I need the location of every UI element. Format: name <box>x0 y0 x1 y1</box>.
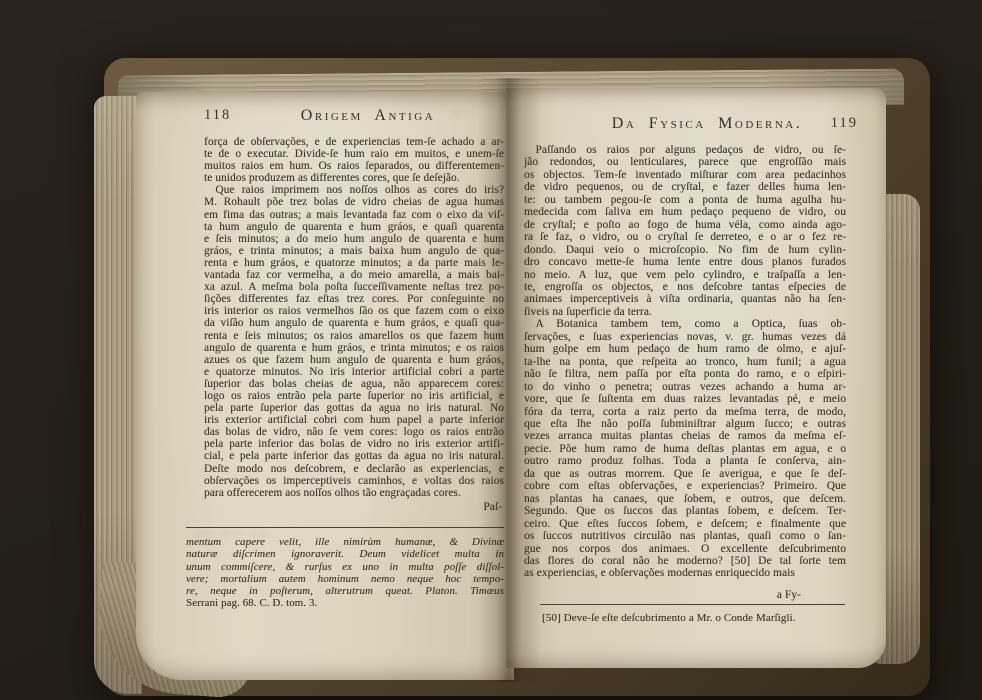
text-line: [50] Deve-ſe eſte deſcubrimento a Mr. o … <box>542 612 842 625</box>
text-line: animaes imperceptiveis à viſta ordinaria… <box>524 293 846 305</box>
text-line: logo os raios entrão pela parte ſuperior… <box>204 390 504 402</box>
text-line: iris interior os raios vermelhos ſão os … <box>204 305 504 317</box>
text-line: renta e ſeis minutos; os raios amarellos… <box>204 330 504 342</box>
text-line: ra ſe faz, o vidro, ou o cryſtal ſe derr… <box>524 231 846 243</box>
text-line: da que as outras morrem. Que ſe averigua… <box>524 468 846 480</box>
text-line: dondo. Daqui veio o microſcopio. No fim … <box>524 244 846 256</box>
text-line: renta e hum gráos, e quatorze minutos; a… <box>204 257 504 269</box>
text-line: ſuperior das bolas cheias de agua, não a… <box>204 378 504 390</box>
text-line: no meio. A luz, que vem pelo cylindro, e… <box>524 269 846 281</box>
left-footnote: mentum capere velit, ille nimirùm humanæ… <box>186 536 504 610</box>
left-page-header: 118 Origem Antiga <box>204 107 504 127</box>
text-line: ta-lhe na ponta, que reſpeita ao tronco,… <box>524 356 846 368</box>
text-line: azues os que fazem hum angulo de quarent… <box>204 354 504 366</box>
text-line: M. Rohault põe trez bolas de vidro cheia… <box>204 196 504 208</box>
text-line: cobre com eſtas obſervações, e experienc… <box>524 480 846 492</box>
text-line: os ſuccos nutritivos circulão nas planta… <box>524 530 846 542</box>
right-page-header: 119 Da Fysica Moderna. <box>524 115 846 135</box>
text-line: Segundo. Que os ſuccos das plantas ſobem… <box>524 505 846 517</box>
text-line: os objectos. Tem-ſe inventado miſturar c… <box>524 169 846 181</box>
right-running-title: Da Fysica Moderna. <box>546 115 868 133</box>
text-line: angulo de quarenta e hum gráos, e trinta… <box>204 342 504 354</box>
text-line: te de o executar. Divide-ſe hum raio em … <box>204 148 504 160</box>
text-line: te: ou tambem pegou-ſe com a ponta de hu… <box>524 194 846 206</box>
text-line: unum commiſcere, & rurſus ex uno in mult… <box>186 561 504 573</box>
text-line: fóra da terra, corta a raiz perto da meſ… <box>524 406 846 418</box>
text-line: Serrani pag. 68. C. D. tom. 3. <box>186 597 504 609</box>
text-line: to do vinho o penetra; outras vezes acha… <box>524 381 846 393</box>
text-line: para offerecerem aos noſſos olhos tão en… <box>204 487 504 499</box>
book-photo: 118 Origem Antiga força de obſervações, … <box>0 0 982 700</box>
text-line: força de obſervações, e de experiencias … <box>204 136 504 148</box>
text-line: que eſta lhe não poſſa ſubminiſtrar algu… <box>524 418 846 430</box>
text-line: de cryſtal; e poſto ao fogo de huma véla… <box>524 219 846 231</box>
text-line: gráos, e trinta minutos; a mais baixa hu… <box>204 245 504 257</box>
right-page: 119 Da Fysica Moderna. Paſſando os raios… <box>506 88 886 668</box>
text-line: nas plantas ha canaes, que ſobem, e outr… <box>524 493 846 505</box>
right-text-column: Paſſando os raios por alguns pedaços de … <box>524 144 846 625</box>
text-line: xa azul. A meſma bola poſta ſucceſſivame… <box>204 281 504 293</box>
text-line: vore, que ſe ſuſtenta em duas raizes lev… <box>524 393 846 405</box>
left-body-text: força de obſervações, e de experiencias … <box>204 136 504 499</box>
text-line: pela parte ſuperior das gottas da agua n… <box>204 402 504 414</box>
text-line: naturæ diſcrimen ignoraverit. Deum videl… <box>186 548 504 560</box>
text-line: ta hum angulo de quarenta e hum gráos, e… <box>204 221 504 233</box>
text-line: Deſte modo nos deſcobrem, e declarão as … <box>204 463 504 475</box>
text-line: pela parte inferior das bolas de vidro n… <box>204 438 504 450</box>
left-text-column: força de obſervações, e de experiencias … <box>204 136 504 610</box>
left-page: 118 Origem Antiga força de obſervações, … <box>136 92 514 680</box>
text-line: mentum capere velit, ille nimirùm humanæ… <box>186 536 504 548</box>
text-line: obſervações os imperceptiveis caminhos, … <box>204 475 504 487</box>
right-catchword: a Fy- <box>524 589 846 601</box>
right-body-text: Paſſando os raios por alguns pedaços de … <box>524 144 846 580</box>
text-line: de vidro pequenos, ou de cryſtal, e faze… <box>524 181 846 193</box>
text-line: das bolas de vidro, não ſe vem cores: lo… <box>204 426 504 438</box>
text-line: te, engroſſa os objectos, e nos deſcobre… <box>524 281 846 293</box>
left-catchword: Paſ- <box>204 501 504 513</box>
text-line: vantada faz cor vermelha, a do meio amar… <box>204 269 504 281</box>
text-line: re, neque in poſterum, alterutrum queat.… <box>186 585 504 597</box>
text-line: gue nos corpos dos animaes. O excellente… <box>524 543 846 555</box>
text-line: e ſeis minutos; a do meio hum angulo de … <box>204 233 504 245</box>
text-line: as experiencias, e obſervações modernas … <box>524 567 846 579</box>
left-footnote-rule <box>186 527 504 528</box>
text-line: ſervações, e ſuas experiencias novas, v.… <box>524 331 846 343</box>
text-line: vere; mortalium autem hominum nemo neque… <box>186 573 504 585</box>
left-running-title: Origem Antiga <box>218 107 518 125</box>
text-line: não ſe filtra, nem paſſa por eſta ponta … <box>524 368 846 380</box>
text-line: jão redondos, ou lenticulares, parece qu… <box>524 156 846 168</box>
text-line: cial, e pela parte inferior das gottas d… <box>204 450 504 462</box>
text-line: dro concavo mette-ſe huma lente entre do… <box>524 256 846 268</box>
right-footnote: [50] Deve-ſe eſte deſcubrimento a Mr. o … <box>542 612 842 625</box>
right-footnote-rule <box>540 604 845 605</box>
text-line: ſiveis na ſuperficie da terra. <box>524 306 846 318</box>
text-line: muitos raios em hum. Os raios ſeparados,… <box>204 160 504 172</box>
text-line: das flores do coral não he moderno? [50]… <box>524 555 846 567</box>
text-line: outro ramo produz folhas. Toda a planta … <box>524 455 846 467</box>
text-line: vezes arranca muitas plantas cheias de r… <box>524 430 846 442</box>
text-line: hum golpe em hum pedaço de hum ramo de o… <box>524 343 846 355</box>
text-line: A Botanica tambem tem, como a Optica, ſu… <box>524 318 846 330</box>
text-line: pecie. Põe hum ramo de huma deſtas plant… <box>524 443 846 455</box>
text-line: medecida com ſaliva em hum pedaço pequen… <box>524 206 846 218</box>
text-line: te unidos produzem as differentes cores,… <box>204 172 504 184</box>
text-line: e quatorze minutos. No iris interior art… <box>204 366 504 378</box>
text-line: da viſão hum angulo de quarenta e hum gr… <box>204 317 504 329</box>
text-line: em fima das outras; a mais levantada faz… <box>204 209 504 221</box>
text-line: ſições differentes faz eſtas trez cores.… <box>204 293 504 305</box>
text-line: Que raios imprimem nos noſſos olhos as c… <box>204 184 504 196</box>
text-line: ceiro. Que eſtes ſuccos ſobem, e deſcem;… <box>524 518 846 530</box>
text-line: iris exterior artificial cobri com hum p… <box>204 414 504 426</box>
text-line: Paſſando os raios por alguns pedaços de … <box>524 144 846 156</box>
